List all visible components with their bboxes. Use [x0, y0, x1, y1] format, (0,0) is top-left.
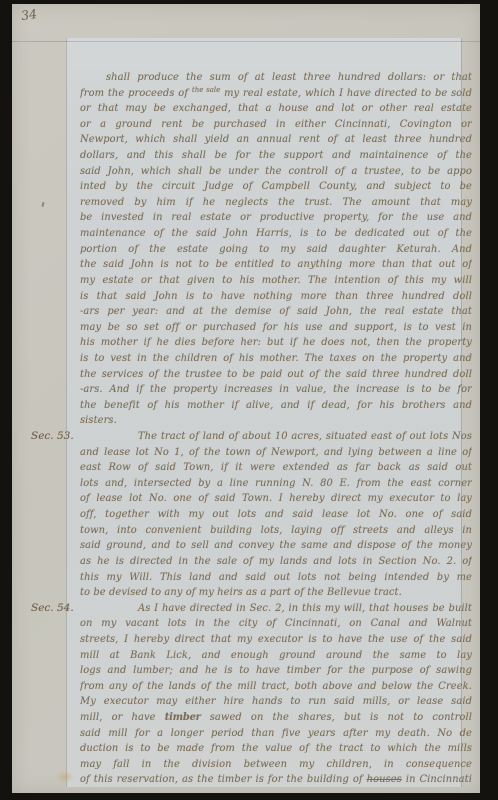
- manuscript-line: sisters.: [80, 413, 472, 429]
- manuscript-text: shall produce the sum of at least three …: [80, 70, 472, 788]
- manuscript-line: -ars per year: and at the demise of said…: [80, 304, 472, 320]
- manuscript-line: of lease lot No. one of said Town. I her…: [80, 491, 472, 507]
- manuscript-line: duction is to be made from the value of …: [80, 741, 472, 757]
- manuscript-line: streets, I hereby direct that my executo…: [80, 632, 472, 648]
- manuscript-line: this my Will. This land and said out lot…: [80, 570, 472, 586]
- manuscript-line: from any of the lands of the mill tract,…: [80, 679, 472, 695]
- manuscript-line: As I have directed in Sec. 2, in this my…: [80, 601, 472, 617]
- section-label: Sec. 53.: [31, 430, 79, 442]
- manuscript-line: dollars, and this shall be for the suppo…: [80, 148, 472, 164]
- manuscript-line: to be devised to any of my heirs as a pa…: [80, 585, 472, 601]
- manuscript-line: as he is directed in the sale of my land…: [80, 554, 472, 570]
- page-number: 34: [20, 6, 38, 23]
- document-scan: 34 shall produce the sum of at least thr…: [0, 0, 498, 800]
- interline-insertion: the sale: [192, 86, 220, 94]
- manuscript-line: maintenance of the said John Harris, is …: [80, 226, 472, 242]
- struck-word: houses: [367, 774, 402, 785]
- manuscript-line: east Row of said Town, if it were extend…: [80, 460, 472, 476]
- section-label: Sec. 54.: [31, 602, 79, 614]
- manuscript-line: removed by him if he neglects the trust.…: [80, 195, 472, 211]
- manuscript-line: on my vacant lots in the city of Cincinn…: [80, 616, 472, 632]
- manuscript-line: the services of the trustee to be paid o…: [80, 367, 472, 383]
- manuscript-line: or that may be exchanged, that a house a…: [80, 101, 472, 117]
- manuscript-line: be invested in real estate or productive…: [80, 210, 472, 226]
- manuscript-line: mill, or have timber sawed on the shares…: [80, 710, 472, 726]
- manuscript-line: Newport, which shall yield an annual ren…: [80, 132, 472, 148]
- manuscript-line: My executor may either hire hands to run…: [80, 694, 472, 710]
- manuscript-line: or a ground rent be purchased in either …: [80, 117, 472, 133]
- manuscript-line: said mill for a longer period than five …: [80, 726, 472, 742]
- manuscript-line: the said John is not to be entitled to a…: [80, 257, 472, 273]
- manuscript-line: may fall in the division between my chil…: [80, 757, 472, 773]
- manuscript-line: may be so set off or purchased for his u…: [80, 320, 472, 336]
- paper-crease: [12, 41, 480, 42]
- manuscript-line: from the proceeds of the sale my real es…: [80, 86, 472, 102]
- manuscript-line: said John, which shall be under the cont…: [80, 164, 472, 180]
- manuscript-line: inted by the circuit Judge of Campbell C…: [80, 179, 472, 195]
- manuscript-line: off, together with my out lots and said …: [80, 507, 472, 523]
- manuscript-line: The tract of land of about 10 acres, sit…: [80, 429, 472, 445]
- manuscript-line: and lease lot No 1, of the town of Newpo…: [80, 445, 472, 461]
- manuscript-line: his mother if he dies before her: but if…: [80, 335, 472, 351]
- manuscript-line: portion of the estate going to my said d…: [80, 242, 472, 258]
- manuscript-line: mill at Bank Lick, and enough ground aro…: [80, 648, 472, 664]
- manuscript-line: the benefit of his mother if alive, and …: [80, 398, 472, 414]
- manuscript-line: is to vest in the children of his mother…: [80, 351, 472, 367]
- manuscript-line: shall produce the sum of at least three …: [80, 70, 472, 86]
- manuscript-line: town, into convenient building lots, lay…: [80, 523, 472, 539]
- manuscript-line: of this reservation, as the timber is fo…: [80, 772, 472, 788]
- manuscript-line: said ground, and to sell and convey the …: [80, 538, 472, 554]
- manuscript-line: lots and, intersected by a line running …: [80, 476, 472, 492]
- manuscript-line: -ars. And if the property increases in v…: [80, 382, 472, 398]
- manuscript-line: my estate or that given to his mother. T…: [80, 273, 472, 289]
- manuscript-line: is that said John is to have nothing mor…: [80, 289, 472, 305]
- overwritten-word: timber: [165, 712, 201, 723]
- manuscript-line: logs and lumber; and he is to have timbe…: [80, 663, 472, 679]
- paper-stain: [56, 771, 74, 783]
